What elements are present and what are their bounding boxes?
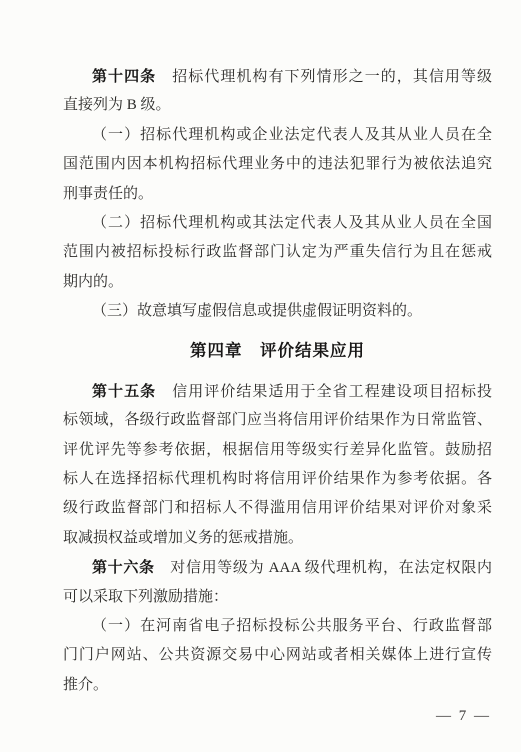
text-line: 标人在选择招标代理机构时将信用评价结果作为参考依据。各 [63, 465, 492, 494]
text-line: 直接列为 B 级。 [63, 91, 492, 120]
line-text: 信用评价结果适用于全省工程建设项目招标投 [156, 384, 492, 400]
text-line: 可以采取下列激励措施： [63, 583, 492, 612]
text-line: 标领域，各级行政监督部门应当将信用评价结果作为日常监管、 [63, 406, 492, 435]
text-line: 取减损权益或增加义务的惩戒措施。 [63, 524, 492, 553]
page-number: — 7 — [436, 708, 491, 725]
line-text: 招标代理机构有下列情形之一的，其信用等级 [156, 69, 492, 85]
text-line: 期内的。 [63, 268, 492, 297]
text-line: （一）招标代理机构或企业法定代表人及其从业人员在全 [63, 121, 492, 150]
article-15-label: 第十五条 [92, 383, 156, 400]
text-line: 级行政监督部门和招标人不得滥用信用评价结果对评价对象采 [63, 494, 492, 523]
line-text: 对信用等级为 AAA 级代理机构，在法定权限内 [155, 560, 492, 576]
text-line: 第十五条 信用评价结果适用于全省工程建设项目招标投 [63, 377, 492, 406]
chapter-heading: 第四章 评价结果应用 [63, 337, 492, 366]
article-14-label: 第十四条 [92, 68, 156, 85]
text-line: 推介。 [63, 671, 492, 700]
text-line: 门门户网站、公共资源交易中心网站或者相关媒体上进行宣传 [63, 641, 492, 670]
text-line: 国范围内因本机构招标代理业务中的违法犯罪行为被依法追究 [63, 150, 492, 179]
text-line: （一）在河南省电子招标投标公共服务平台、行政监督部 [63, 612, 492, 641]
text-line: 评优评先等参考依据，根据信用等级实行差异化监管。鼓励招 [63, 436, 492, 465]
text-line: 第十六条 对信用等级为 AAA 级代理机构，在法定权限内 [63, 553, 492, 582]
document-page: 第十四条 招标代理机构有下列情形之一的，其信用等级 直接列为 B 级。 （一）招… [0, 0, 521, 752]
text-line: （三）故意填写虚假信息或提供虚假证明资料的。 [63, 297, 492, 326]
article-16-label: 第十六条 [92, 559, 155, 576]
document-body: 第十四条 招标代理机构有下列情形之一的，其信用等级 直接列为 B 级。 （一）招… [63, 62, 492, 700]
text-line: 第十四条 招标代理机构有下列情形之一的，其信用等级 [63, 62, 492, 91]
text-line: 刑事责任的。 [63, 180, 492, 209]
text-line: 范围内被招标投标行政监督部门认定为严重失信行为且在惩戒 [63, 238, 492, 267]
text-line: （二）招标代理机构或其法定代表人及其从业人员在全国 [63, 209, 492, 238]
